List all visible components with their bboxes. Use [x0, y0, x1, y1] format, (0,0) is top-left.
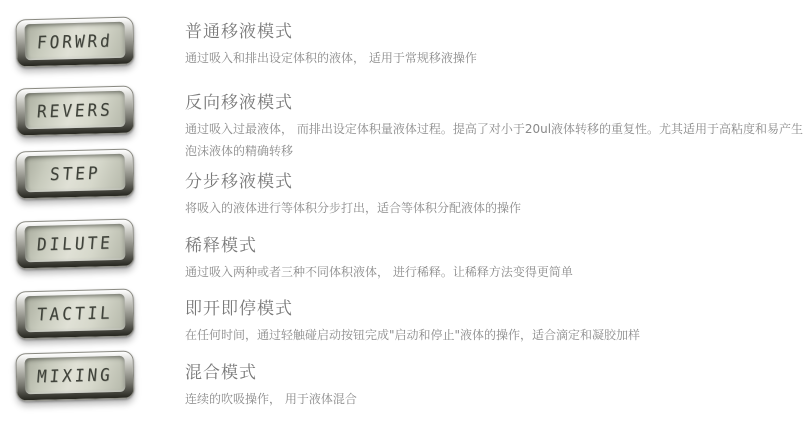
- lcd-text-mixing: MIXING: [36, 364, 113, 386]
- mode-title-reverse: 反向移液模式: [185, 91, 807, 115]
- lcd-display-dilute: DILUTE: [15, 219, 134, 270]
- mode-block-tactil: 即开即停模式 在任何时间，通过轻触碰启动按钮完成"启动和停止"液体的操作，适合滴…: [185, 297, 807, 346]
- lcd-text-step: STEP: [49, 162, 101, 184]
- lcd-screen: DILUTE: [25, 224, 126, 262]
- mode-title-tactil: 即开即停模式: [185, 297, 807, 321]
- mode-description-forward: 通过吸入和排出设定体积的液体， 适用于常规移液操作: [185, 47, 807, 69]
- lcd-screen: STEP: [25, 154, 126, 192]
- lcd-screen: MIXING: [25, 356, 126, 394]
- mode-title-dilute: 稀释模式: [185, 234, 807, 258]
- mode-description-tactil: 在任何时间，通过轻触碰启动按钮完成"启动和停止"液体的操作，适合滴定和凝胶加样: [185, 324, 807, 346]
- lcd-text-reverse: REVERS: [36, 99, 113, 121]
- lcd-display-reverse: REVERS: [15, 86, 134, 137]
- mode-description-reverse: 通过吸入过最液体， 而排出设定体积量液体过程。提高了对小于20ul液体转移的重复…: [185, 118, 807, 162]
- lcd-screen: FORWRd: [25, 22, 126, 60]
- lcd-display-mixing: MIXING: [15, 351, 134, 402]
- mode-title-forward: 普通移液模式: [185, 20, 807, 44]
- mode-title-step: 分步移液模式: [185, 170, 807, 194]
- lcd-text-tactil: TACTIL: [36, 302, 113, 324]
- lcd-screen: TACTIL: [25, 294, 126, 332]
- mode-description-dilute: 通过吸入两种或者三种不同体积液体， 进行稀释。让稀释方法变得更简单: [185, 261, 807, 283]
- lcd-text-dilute: DILUTE: [36, 232, 113, 254]
- mode-title-mixing: 混合模式: [185, 361, 807, 385]
- mode-block-dilute: 稀释模式 通过吸入两种或者三种不同体积液体， 进行稀释。让稀释方法变得更简单: [185, 234, 807, 283]
- pipette-modes-page: FORWRd 普通移液模式 通过吸入和排出设定体积的液体， 适用于常规移液操作 …: [0, 0, 810, 438]
- mode-block-reverse: 反向移液模式 通过吸入过最液体， 而排出设定体积量液体过程。提高了对小于20ul…: [185, 91, 807, 162]
- mode-block-forward: 普通移液模式 通过吸入和排出设定体积的液体， 适用于常规移液操作: [185, 20, 807, 69]
- mode-block-mixing: 混合模式 连续的吹吸操作， 用于液体混合: [185, 361, 807, 410]
- lcd-display-step: STEP: [15, 149, 134, 200]
- lcd-display-tactil: TACTIL: [15, 289, 134, 340]
- mode-description-mixing: 连续的吹吸操作， 用于液体混合: [185, 388, 807, 410]
- lcd-screen: REVERS: [25, 91, 126, 129]
- mode-block-step: 分步移液模式 将吸入的液体进行等体积分步打出，适合等体积分配液体的操作: [185, 170, 807, 219]
- mode-description-step: 将吸入的液体进行等体积分步打出，适合等体积分配液体的操作: [185, 197, 807, 219]
- lcd-text-forward: FORWRd: [36, 30, 113, 52]
- lcd-display-forward: FORWRd: [15, 17, 134, 68]
